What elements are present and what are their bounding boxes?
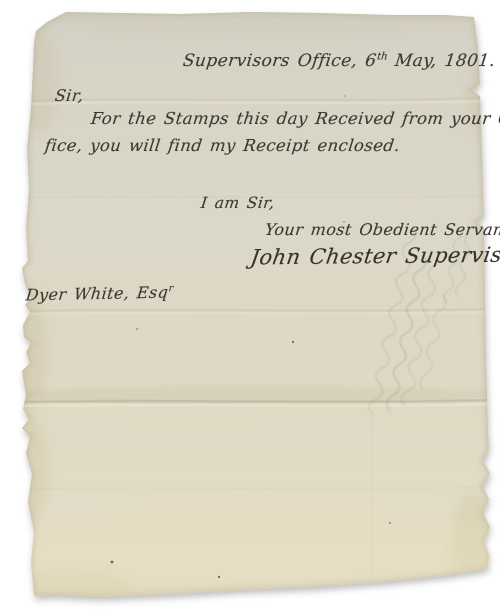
date-rest: May, 1801. xyxy=(386,51,497,71)
recipient-title-suffix: r xyxy=(168,283,174,294)
closing-line-2: Your most Obedient Servant, xyxy=(264,220,500,239)
closing-line-1: I am Sir, xyxy=(200,194,276,212)
scanned-letter-view: Supervisors Office, 6th May, 1801. Sir, … xyxy=(0,0,500,615)
signature: John Chester Supervisor xyxy=(249,243,500,270)
dateline: Supervisors Office, 6th May, 1801. xyxy=(182,51,497,71)
office-name: Supervisors Office, xyxy=(182,51,367,71)
recipient-title: Esq xyxy=(136,283,169,303)
body-line-2: fice, you will find my Receipt enclosed. xyxy=(44,136,401,155)
letter-text: Supervisors Office, 6th May, 1801. Sir, … xyxy=(0,0,500,615)
recipient-name: Dyer White, xyxy=(25,283,138,304)
recipient-line: Dyer White, Esqr xyxy=(25,282,174,304)
salutation: Sir, xyxy=(54,86,85,105)
body-line-1: For the Stamps this day Received from yo… xyxy=(90,109,500,128)
